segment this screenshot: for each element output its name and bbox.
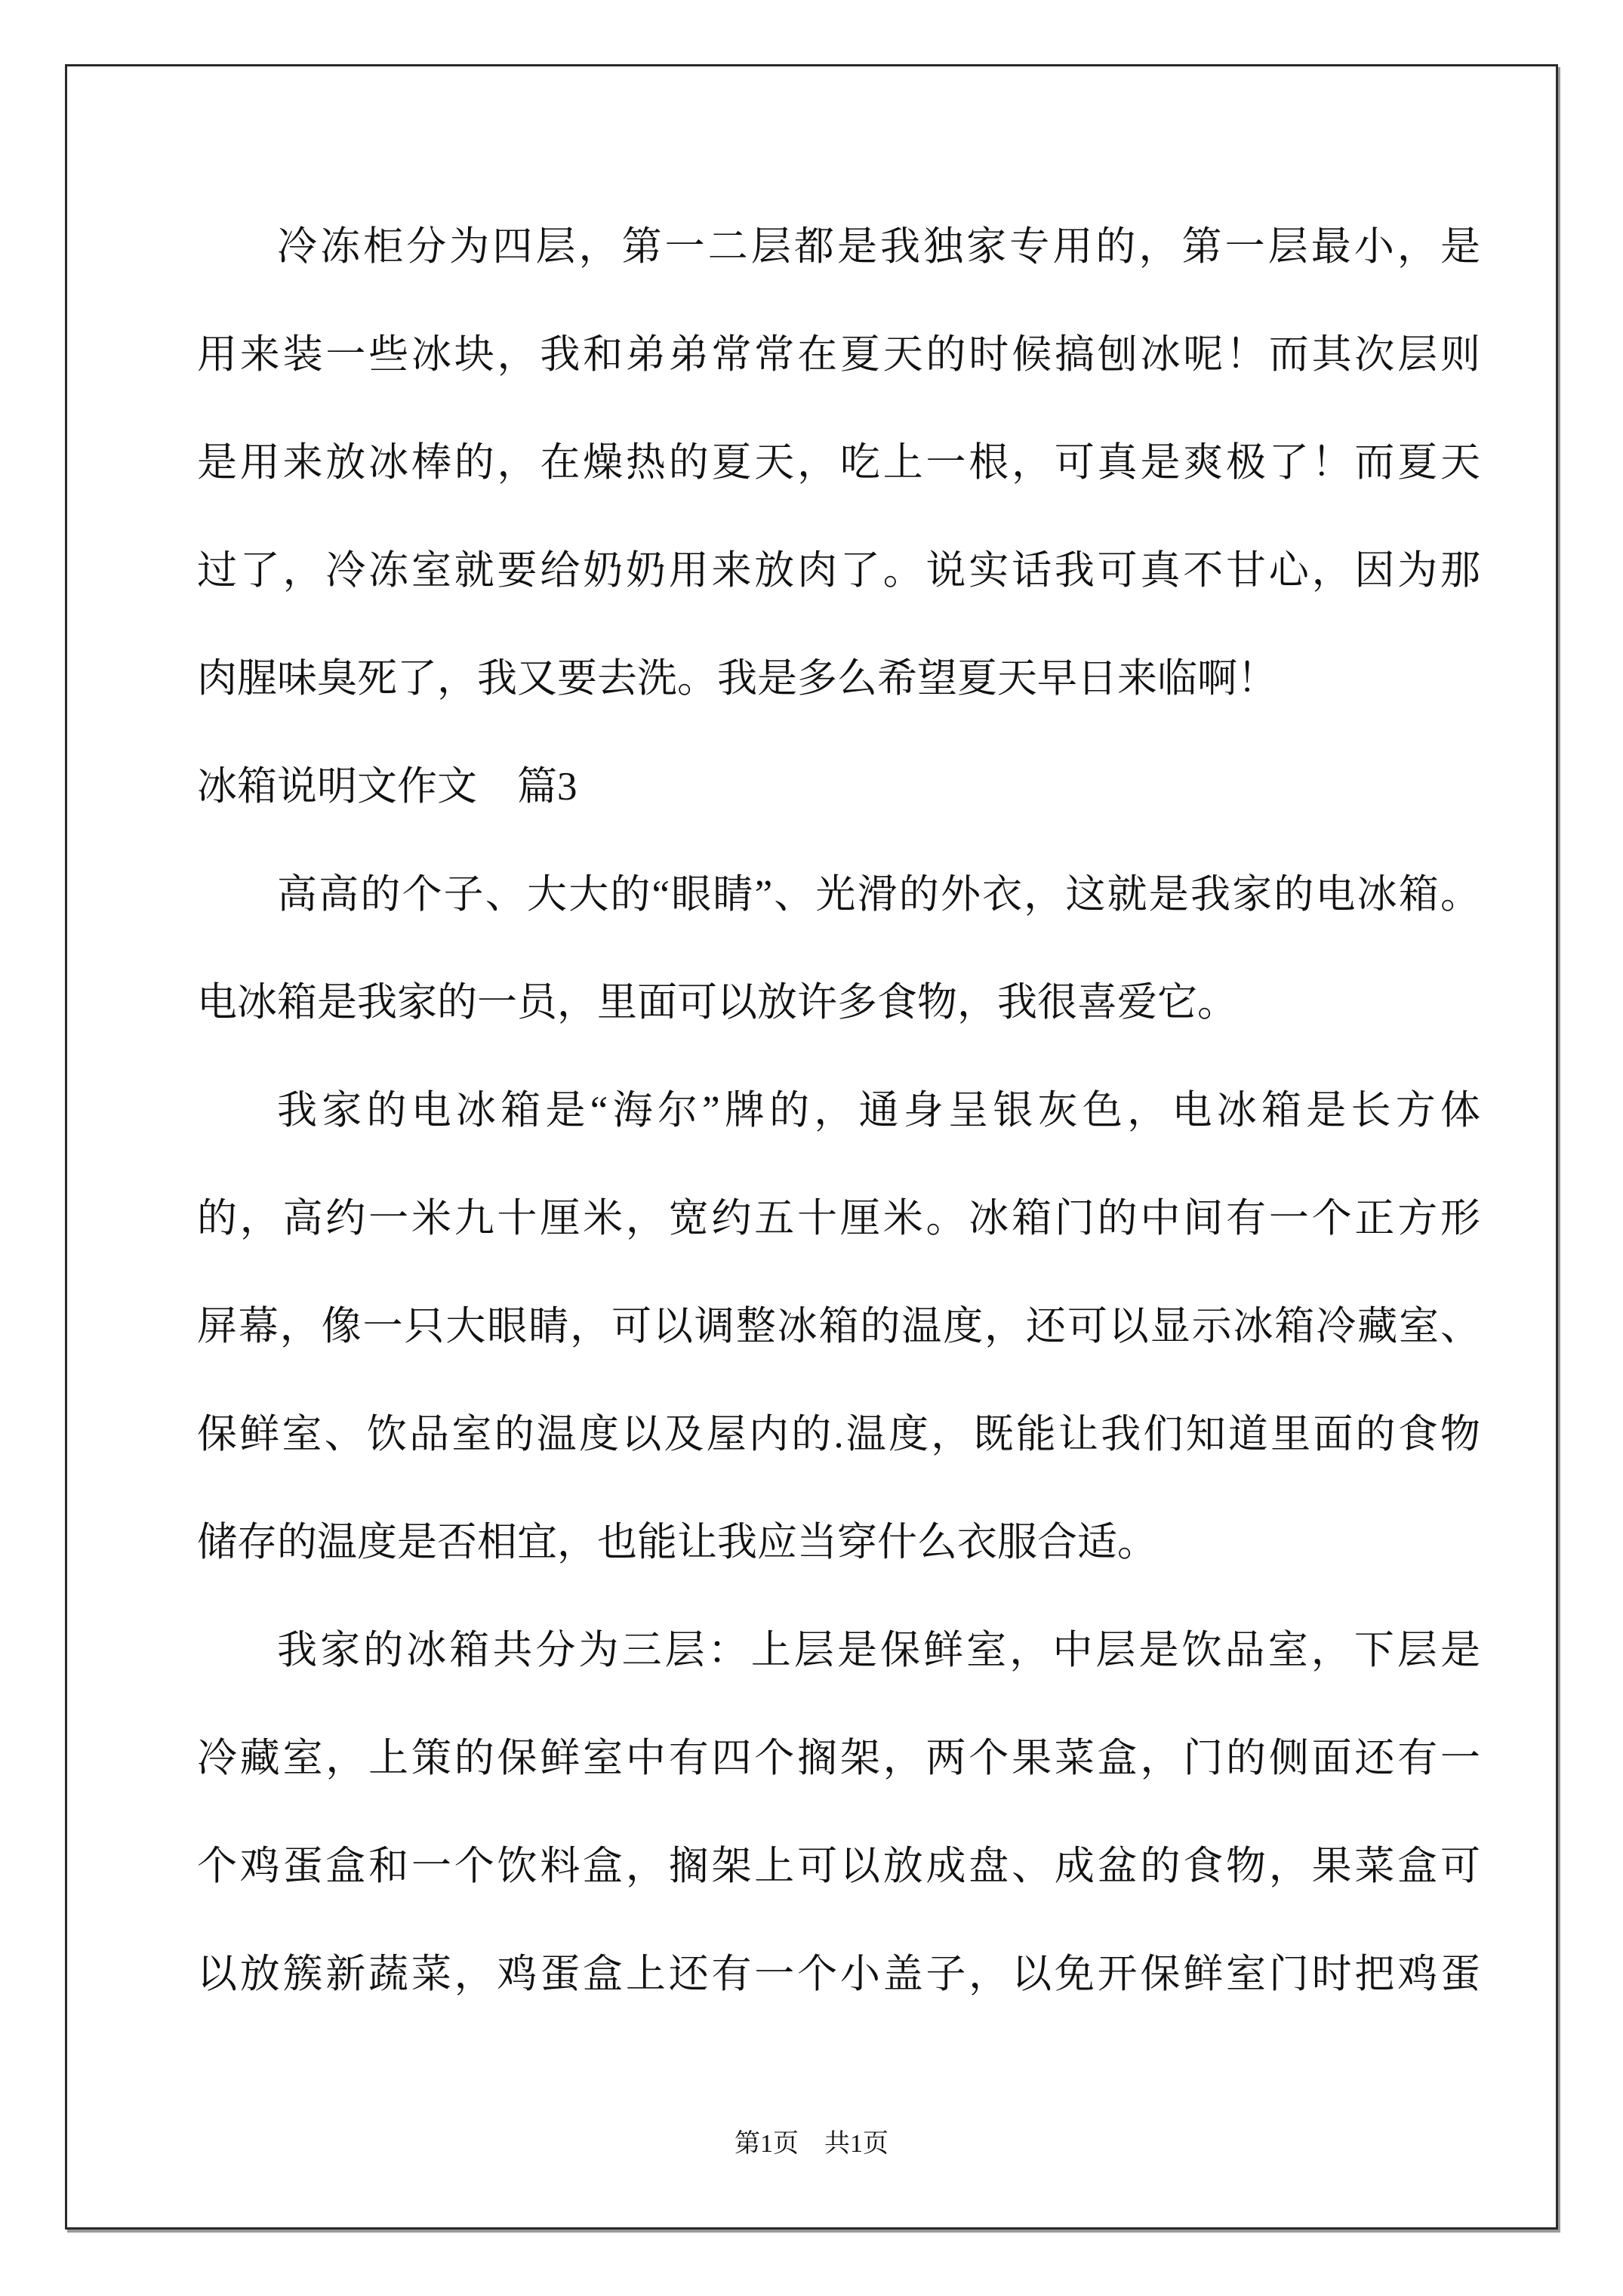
essay-line: 电冰箱是我家的一员，里面可以放许多食物，我很喜爱它。	[197, 949, 1480, 1057]
essay-body: 冷冻柜分为四层，第一二层都是我独家专用的，第一层最小，是 用来装一些冰块，我和弟…	[197, 193, 1480, 2029]
essay-line: 冷藏室，上策的保鲜室中有四个搁架，两个果菜盒，门的侧面还有一	[197, 1705, 1480, 1813]
section-heading: 冰箱说明文作文 篇3	[197, 733, 1480, 841]
essay-line: 肉腥味臭死了，我又要去洗。我是多么希望夏天早日来临啊！	[197, 625, 1480, 733]
essay-line: 屏幕，像一只大眼睛，可以调整冰箱的温度，还可以显示冰箱冷藏室、	[197, 1273, 1480, 1381]
essay-line: 用来装一些冰块，我和弟弟常常在夏天的时候搞刨冰呢！而其次层则	[197, 301, 1480, 409]
document-page: { "doc": { "lines": [ "冷冻柜分为四层，第一二层都是我独家…	[0, 0, 1623, 2296]
essay-line: 保鲜室、饮品室的温度以及屋内的.温度，既能让我们知道里面的食物	[197, 1381, 1480, 1489]
essay-line: 是用来放冰棒的，在燥热的夏天，吃上一根，可真是爽极了！而夏天	[197, 409, 1480, 517]
essay-line: 我家的电冰箱是“海尔”牌的，通身呈银灰色，电冰箱是长方体	[197, 1057, 1480, 1165]
essay-line: 我家的冰箱共分为三层：上层是保鲜室，中层是饮品室，下层是	[197, 1597, 1480, 1705]
essay-line: 过了，冷冻室就要给奶奶用来放肉了。说实话我可真不甘心，因为那	[197, 517, 1480, 625]
essay-line: 的，高约一米九十厘米，宽约五十厘米。冰箱门的中间有一个正方形	[197, 1165, 1480, 1273]
essay-line: 高高的个子、大大的“眼睛”、光滑的外衣，这就是我家的电冰箱。	[197, 841, 1480, 949]
essay-line: 以放簇新蔬菜，鸡蛋盒上还有一个小盖子，以免开保鲜室门时把鸡蛋	[197, 1921, 1480, 2029]
essay-line: 个鸡蛋盒和一个饮料盒，搁架上可以放成盘、成盆的食物，果菜盒可	[197, 1813, 1480, 1921]
page-footer: 第1页 共1页	[67, 2125, 1556, 2163]
page-border-frame: 冷冻柜分为四层，第一二层都是我独家专用的，第一层最小，是 用来装一些冰块，我和弟…	[65, 64, 1558, 2230]
essay-line: 冷冻柜分为四层，第一二层都是我独家专用的，第一层最小，是	[197, 193, 1480, 301]
essay-line: 储存的温度是否相宜，也能让我应当穿什么衣服合适。	[197, 1489, 1480, 1597]
